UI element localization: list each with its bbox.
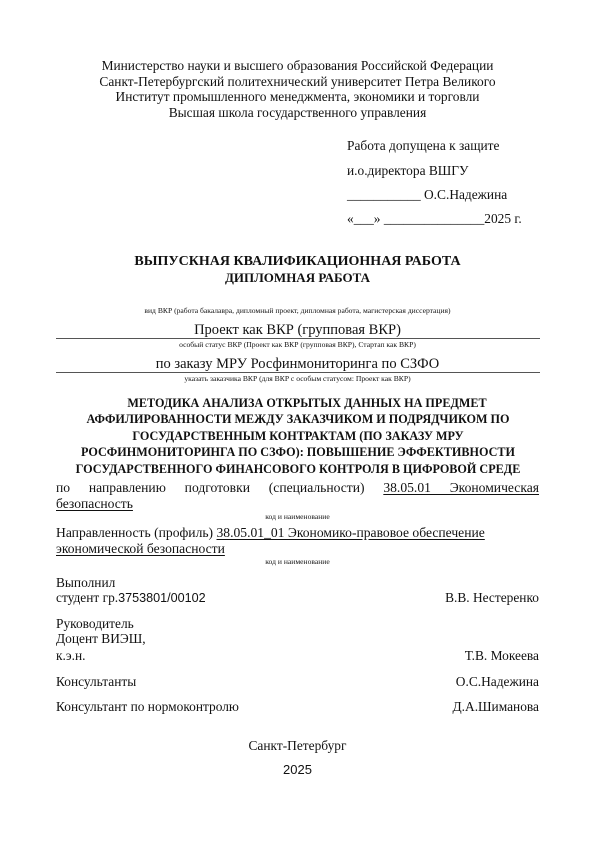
footer-year: 2025 [0,762,595,777]
customer-rule [56,372,540,373]
profile-line-2: экономической безопасности [56,541,539,557]
profile-value: 38.05.01_01 Экономико-правовое обеспечен… [217,525,485,540]
author-group-wrap: студент гр.3753801/00102 [56,590,206,606]
consultants-row: Консультанты О.С.Надежина [56,674,539,689]
author-row: студент гр.3753801/00102 В.В. Нестеренко [56,590,539,606]
approval-signatory: О.С.Надежина [424,187,507,202]
direction-hint: код и наименование [0,512,595,521]
topic-line: ГОСУДАРСТВЕННЫМ КОНТРАКТАМ (ПО ЗАКАЗУ МР… [56,428,540,444]
university-line: Санкт-Петербургский политехнический унив… [0,74,595,90]
supervisor-row: к.э.н. Т.В. Мокеева [56,648,539,663]
document-title: ВЫПУСКНАЯ КВАЛИФИКАЦИОННАЯ РАБОТА [0,254,595,270]
profile-line-1: Направленность (профиль) 38.05.01_01 Эко… [56,525,539,541]
approval-line-2: и.о.директора ВШГУ [347,163,469,178]
date-month-blank: _______________ [384,211,484,226]
profile-value-cont: экономической безопасности [56,541,225,556]
approval-line-1: Работа допущена к защите [347,138,499,153]
work-type-hint: вид ВКР (работа бакалавра, дипломный про… [0,306,595,315]
author-group: 3753801/00102 [118,591,206,605]
consultants-name: О.С.Надежина [456,674,539,689]
topic-line: РОСФИНМОНИТОРИНГА ПО СЗФО): ПОВЫШЕНИЕ ЭФ… [56,444,540,460]
topic-line: ГОСУДАРСТВЕННОГО ФИНАНСОВОГО КОНТРОЛЯ В … [56,461,540,477]
topic-line: АФФИЛИРОВАННОСТИ МЕЖДУ ЗАКАЗЧИКОМ И ПОДР… [56,411,540,427]
normcontrol-row: Консультант по нормоконтролю Д.А.Шиманов… [56,699,539,714]
author-label: Выполнил [56,575,115,590]
thesis-topic: МЕТОДИКА АНАЛИЗА ОТКРЫТЫХ ДАННЫХ НА ПРЕД… [56,395,540,477]
direction-line-1: по направлению подготовки (специальности… [56,480,539,496]
date-year: 2025 г. [484,211,521,226]
customer-value: по заказу МРУ Росфинмониторинга по СЗФО [0,356,595,372]
document-subtitle: ДИПЛОМНАЯ РАБОТА [0,270,595,286]
institution-header: Министерство науки и высшего образования… [0,58,595,120]
direction-code: 38.05.01 Экономическая [383,480,539,495]
signature-blank: ___________ [347,187,421,202]
footer-city: Санкт-Петербург [0,738,595,754]
ministry-line: Министерство науки и высшего образования… [0,58,595,74]
customer-hint: указать заказчика ВКР (для ВКР с особым … [0,374,595,383]
profile-hint: код и наименование [0,557,595,566]
direction-prefix: по направлению подготовки (специальности… [56,480,365,495]
date-day-blank: «___» [347,211,380,226]
supervisor-label: Руководитель [56,616,134,631]
supervisor-name: Т.В. Мокеева [465,648,539,663]
normcontrol-name: Д.А.Шиманова [453,699,539,714]
topic-line: МЕТОДИКА АНАЛИЗА ОТКРЫТЫХ ДАННЫХ НА ПРЕД… [56,395,540,411]
approval-date: «___» _______________2025 г. [347,211,522,226]
approval-signature: ___________ О.С.Надежина [347,187,507,202]
direction-code-cont: безопасность [56,496,133,511]
school-line: Высшая школа государственного управления [0,105,595,121]
consultants-label: Консультанты [56,674,136,689]
institute-line: Институт промышленного менеджмента, экон… [0,89,595,105]
supervisor-position: Доцент ВИЭШ, [56,631,146,646]
profile-prefix: Направленность (профиль) [56,525,213,540]
work-type-value: Проект как ВКР (групповая ВКР) [0,322,595,338]
work-type-rule [56,338,540,339]
supervisor-degree: к.э.н. [56,648,85,663]
author-group-prefix: студент гр. [56,590,118,605]
author-name: В.В. Нестеренко [445,590,539,606]
work-type-status-hint: особый статус ВКР (Проект как ВКР (групп… [0,340,595,349]
direction-line-2: безопасность [56,496,539,512]
normcontrol-label: Консультант по нормоконтролю [56,699,239,714]
